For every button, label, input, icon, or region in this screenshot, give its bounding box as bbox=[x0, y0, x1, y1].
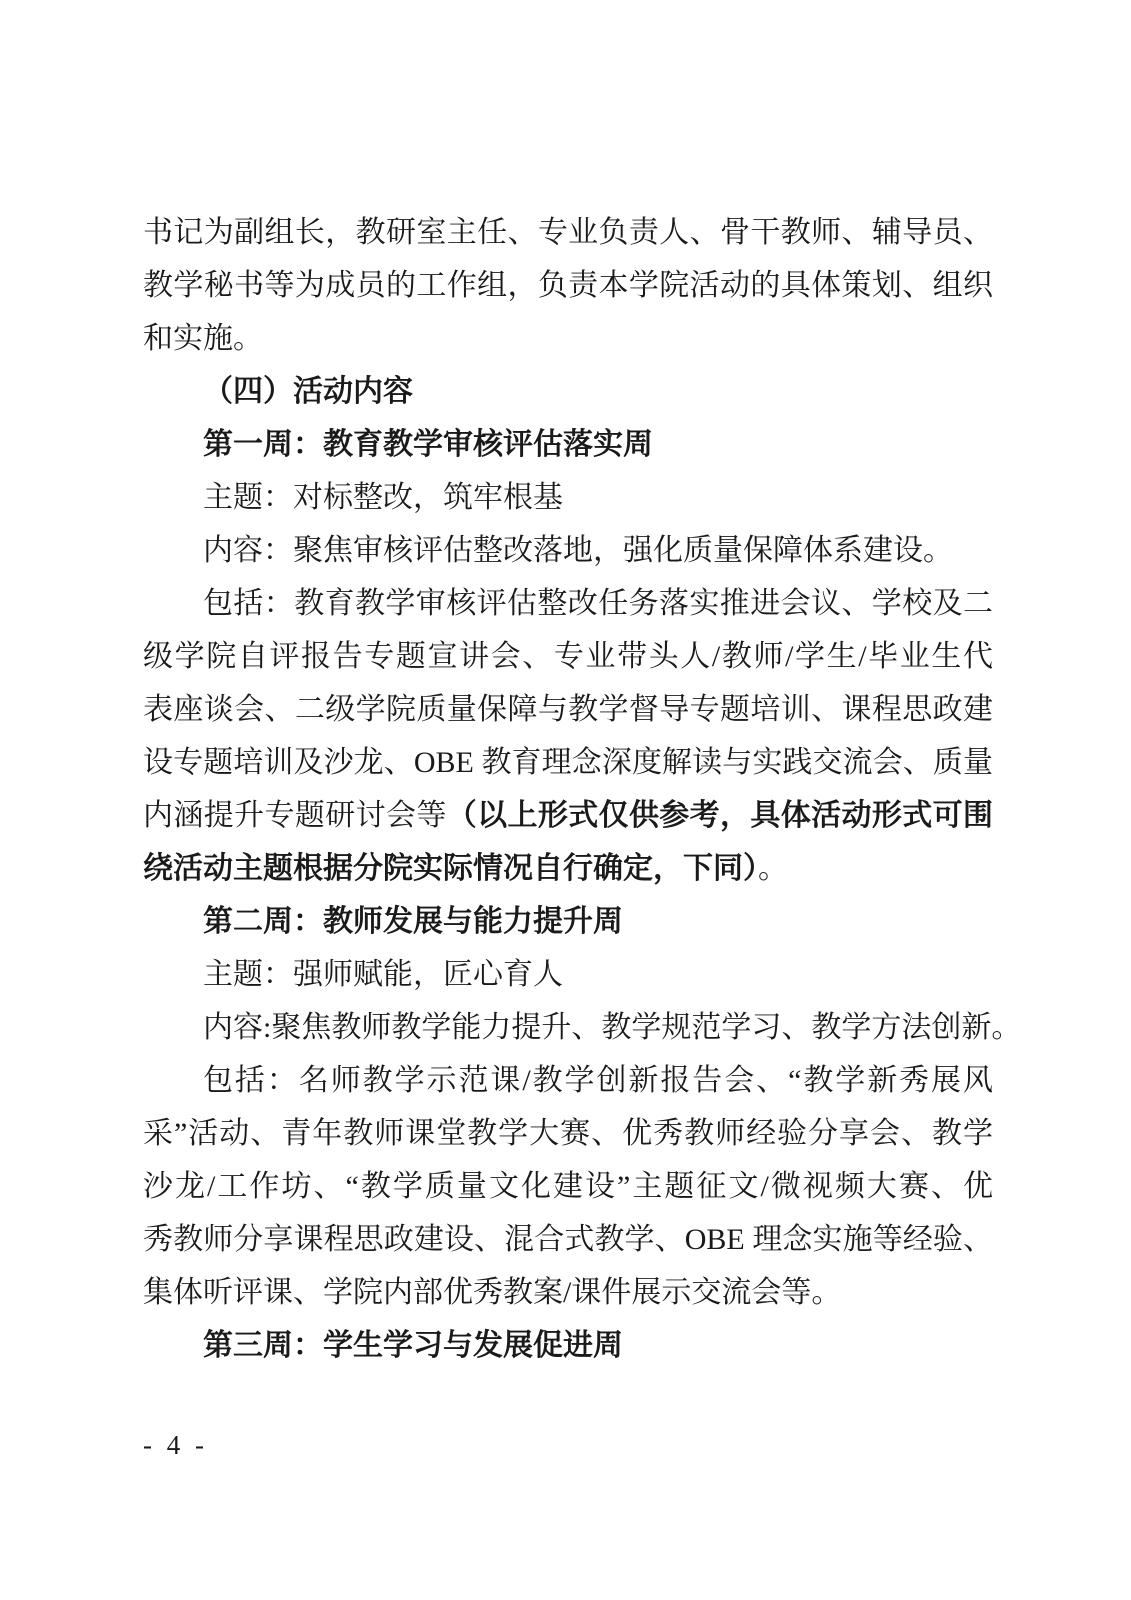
paragraph-week2-content: 内容:聚焦教师教学能力提升、教学规范学习、教学方法创新。 bbox=[143, 1001, 993, 1054]
text-line: 和实施。 bbox=[143, 312, 993, 365]
paragraph-week1-includes: 包括：教育教学审核评估整改任务落实推进会议、学校及二级学院自评报告专题宣讲会、专… bbox=[143, 577, 993, 895]
paragraph-week2-theme: 主题：强师赋能，匠心育人 bbox=[143, 948, 993, 1001]
text-run: （以上形式仅供参考，具体活动形式可围 bbox=[447, 799, 993, 832]
text-line: 内容:聚焦教师教学能力提升、教学规范学习、教学方法创新。 bbox=[143, 1001, 993, 1054]
document-page: 书记为副组长，教研室主任、专业负责人、骨干教师、辅导员、教学秘书等为成员的工作组… bbox=[0, 0, 1131, 1600]
text-line: 书记为副组长，教研室主任、专业负责人、骨干教师、辅导员、 bbox=[143, 206, 993, 259]
text-line: 第二周：教师发展与能力提升周 bbox=[143, 895, 993, 948]
text-line: 第三周：学生学习与发展促进周 bbox=[143, 1319, 993, 1372]
text-line: （四）活动内容 bbox=[143, 365, 993, 418]
text-run: 表座谈会、二级学院质量保障与教学督导专题培训、课程思政建 bbox=[143, 693, 993, 726]
text-run: 教学秘书等为成员的工作组，负责本学院活动的具体策划、组织 bbox=[143, 269, 993, 302]
text-run: 内涵提升专题研讨会等 bbox=[143, 799, 447, 832]
text-run: 沙龙/工作坊、“教学质量文化建设”主题征文/微视频大赛、优 bbox=[143, 1170, 993, 1203]
text-run: （四）活动内容 bbox=[203, 375, 413, 408]
text-run: 集体听评课、学院内部优秀教案/课件展示交流会等。 bbox=[143, 1276, 841, 1309]
text-line: 设专题培训及沙龙、OBE 教育理念深度解读与实践交流会、质量 bbox=[143, 736, 993, 789]
text-line: 主题：对标整改，筑牢根基 bbox=[143, 471, 993, 524]
paragraph-workgroup-continuation: 书记为副组长，教研室主任、专业负责人、骨干教师、辅导员、教学秘书等为成员的工作组… bbox=[143, 206, 993, 365]
text-run: 第二周：教师发展与能力提升周 bbox=[203, 905, 623, 938]
text-run: 秀教师分享课程思政建设、混合式教学、OBE 理念实施等经验、 bbox=[143, 1223, 993, 1256]
text-line: 内容：聚焦审核评估整改落地，强化质量保障体系建设。 bbox=[143, 524, 993, 577]
text-line: 第一周：教育教学审核评估落实周 bbox=[143, 418, 993, 471]
text-run: 书记为副组长，教研室主任、专业负责人、骨干教师、辅导员、 bbox=[143, 216, 993, 249]
text-run: 主题：对标整改，筑牢根基 bbox=[203, 481, 563, 514]
text-run: 采”活动、青年教师课堂教学大赛、优秀教师经验分享会、教学 bbox=[143, 1117, 993, 1150]
text-line: 秀教师分享课程思政建设、混合式教学、OBE 理念实施等经验、 bbox=[143, 1213, 993, 1266]
text-run: 绕活动主题根据分院实际情况自行确定，下同） bbox=[143, 852, 758, 885]
paragraph-week1-theme: 主题：对标整改，筑牢根基 bbox=[143, 471, 993, 524]
text-line: 表座谈会、二级学院质量保障与教学督导专题培训、课程思政建 bbox=[143, 683, 993, 736]
text-line: 绕活动主题根据分院实际情况自行确定，下同）。 bbox=[143, 842, 993, 895]
document-body: 书记为副组长，教研室主任、专业负责人、骨干教师、辅导员、教学秘书等为成员的工作组… bbox=[143, 206, 993, 1372]
text-line: 级学院自评报告专题宣讲会、专业带头人/教师/学生/毕业生代 bbox=[143, 630, 993, 683]
text-line: 内涵提升专题研讨会等（以上形式仅供参考，具体活动形式可围 bbox=[143, 789, 993, 842]
text-run: 包括：教育教学审核评估整改任务落实推进会议、学校及二 bbox=[203, 587, 993, 620]
text-run: 包括：名师教学示范课/教学创新报告会、“教学新秀展风 bbox=[203, 1064, 993, 1097]
text-line: 主题：强师赋能，匠心育人 bbox=[143, 948, 993, 1001]
text-run: 第一周：教育教学审核评估落实周 bbox=[203, 428, 653, 461]
text-run: 和实施。 bbox=[143, 322, 263, 355]
paragraph-week2-includes: 包括：名师教学示范课/教学创新报告会、“教学新秀展风采”活动、青年教师课堂教学大… bbox=[143, 1054, 993, 1319]
text-run: 设专题培训及沙龙、OBE 教育理念深度解读与实践交流会、质量 bbox=[143, 746, 993, 779]
heading-week-3: 第三周：学生学习与发展促进周 bbox=[143, 1319, 993, 1372]
text-line: 包括：教育教学审核评估整改任务落实推进会议、学校及二 bbox=[143, 577, 993, 630]
heading-week-2: 第二周：教师发展与能力提升周 bbox=[143, 895, 993, 948]
text-run: 级学院自评报告专题宣讲会、专业带头人/教师/学生/毕业生代 bbox=[143, 640, 993, 673]
text-line: 沙龙/工作坊、“教学质量文化建设”主题征文/微视频大赛、优 bbox=[143, 1160, 993, 1213]
text-line: 集体听评课、学院内部优秀教案/课件展示交流会等。 bbox=[143, 1266, 993, 1319]
text-line: 教学秘书等为成员的工作组，负责本学院活动的具体策划、组织 bbox=[143, 259, 993, 312]
text-run: 。 bbox=[758, 852, 788, 885]
text-run: 内容:聚焦教师教学能力提升、教学规范学习、教学方法创新。 bbox=[203, 1011, 1021, 1044]
text-line: 包括：名师教学示范课/教学创新报告会、“教学新秀展风 bbox=[143, 1054, 993, 1107]
heading-week-1: 第一周：教育教学审核评估落实周 bbox=[143, 418, 993, 471]
heading-section-4-activity-content: （四）活动内容 bbox=[143, 365, 993, 418]
text-line: 采”活动、青年教师课堂教学大赛、优秀教师经验分享会、教学 bbox=[143, 1107, 993, 1160]
text-run: 主题：强师赋能，匠心育人 bbox=[203, 958, 563, 991]
text-run: 第三周：学生学习与发展促进周 bbox=[203, 1329, 623, 1362]
paragraph-week1-content: 内容：聚焦审核评估整改落地，强化质量保障体系建设。 bbox=[143, 524, 993, 577]
text-run: 内容：聚焦审核评估整改落地，强化质量保障体系建设。 bbox=[203, 534, 953, 567]
page-number: - 4 - bbox=[143, 1425, 208, 1465]
